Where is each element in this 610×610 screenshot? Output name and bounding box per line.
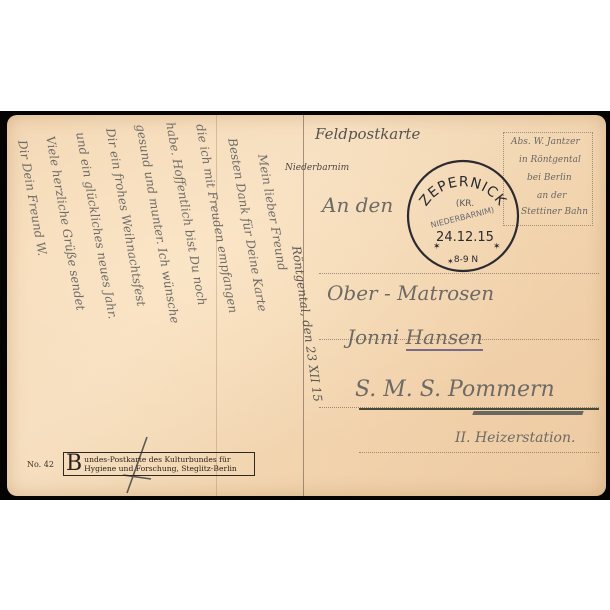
ship-underline [359,408,599,410]
recipient-ship: S. M. S. Pommern [355,377,555,402]
card-type-heading: Feldpostkarte [315,125,420,143]
recipient-first-name: Jonni [347,325,399,349]
message-date: Röntgental, den 23 XII 15 [289,245,325,403]
imprint-line-1: undes-Postkarte des Kulturbundes für [84,455,237,464]
message-area: Röntgental, den 23 XII 15 Mein lieber Fr… [7,115,303,496]
ship-double-underline [472,411,583,415]
postcard-back: Röntgental, den 23 XII 15 Mein lieber Fr… [7,115,606,496]
sender-line: Stettiner Bahn [521,207,588,217]
imprint-initial: B [66,454,82,474]
sender-line: Abs. W. Jantzer [511,137,580,147]
postmark-cancel: ZEPERNICK (KR. NIEDERBARNIM) 24.12.15 8-… [403,156,523,276]
card-number: No. 42 [27,460,54,469]
sender-line: in Röntgental [519,155,581,165]
recipient-salutation: An den [322,193,393,217]
postmark-time: 8-9 N [454,255,478,265]
sender-line: bei Berlin [527,173,572,183]
postmark-star-icon: ✶ [433,242,441,252]
publisher-imprint: B undes-Postkarte des Kulturbundes für H… [63,452,255,476]
message-line: Dir Dein Freund W. [15,139,49,257]
postmark-district: (KR. [456,199,474,209]
postmark-date: 24.12.15 [436,230,494,245]
address-line [359,452,599,453]
postmark-region: NIEDERBARNIM) [430,205,495,229]
recipient-surname: Hansen [406,325,483,351]
sender-line: an der [537,191,566,201]
recipient-rank: Ober - Matrosen [327,281,494,305]
imprint-line-2: Hygiene und Forschung, Steglitz-Berlin [84,464,237,473]
recipient-name: Jonni Hansen [347,325,483,349]
postmark-star-icon: ✶ [493,242,501,252]
place-note: Niederbarnim [285,163,349,173]
recipient-detail: II. Heizerstation. [455,430,575,446]
postmark-star-icon: ✶ [447,257,454,266]
